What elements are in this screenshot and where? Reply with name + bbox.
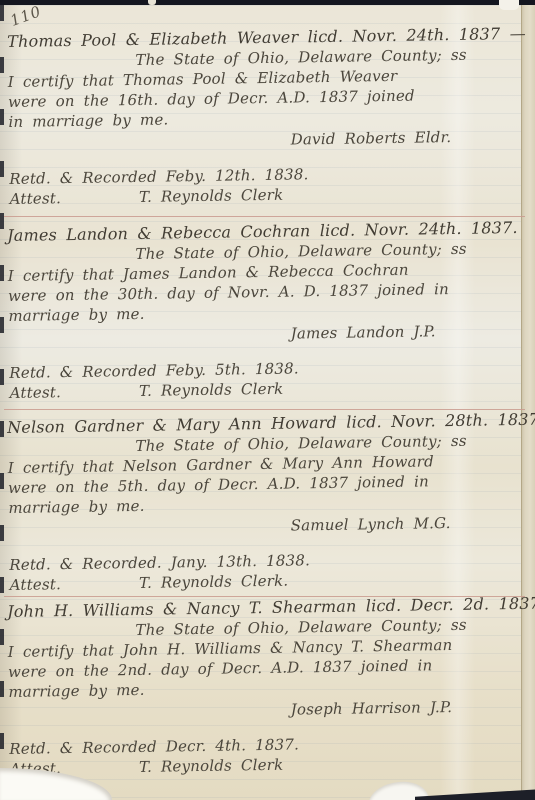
attest-label: Attest. — [9, 188, 61, 209]
binding-edge — [0, 5, 4, 800]
attest-label: Attest. — [9, 574, 61, 595]
officiant-signature: Joseph Harrison J.P. — [291, 696, 514, 720]
marriage-record-entry: James Landon & Rebecca Cochran licd. Nov… — [7, 218, 515, 403]
page-marker-tab-small — [148, 0, 156, 5]
attest-label: Attest. — [9, 382, 61, 403]
entry-divider — [4, 216, 525, 217]
marriage-record-entry: John H. Williams & Nancy T. Shearman lic… — [7, 594, 515, 779]
page-right-edge — [521, 5, 535, 800]
entry-divider — [4, 409, 525, 410]
clerk-signature: T. Reynolds Clerk — [139, 379, 284, 401]
ledger-page-scan: 110 Thomas Pool & Elizabeth Weaver licd.… — [0, 0, 535, 800]
clerk-signature: T. Reynolds Clerk. — [139, 571, 289, 593]
marriage-record-entry: Nelson Gardner & Mary Ann Howard licd. N… — [7, 410, 515, 595]
page-marker-tab — [499, 0, 519, 10]
book-top-edge — [0, 0, 535, 5]
clerk-signature: T. Reynolds Clerk — [139, 755, 284, 777]
marriage-record-entry: Thomas Pool & Elizabeth Weaver licd. Nov… — [7, 24, 515, 209]
officiant-signature: David Roberts Eldr. — [291, 126, 514, 150]
clerk-signature: T. Reynolds Clerk — [139, 185, 284, 207]
officiant-signature: Samuel Lynch M.G. — [291, 512, 514, 536]
officiant-signature: James Landon J.P. — [291, 320, 514, 344]
